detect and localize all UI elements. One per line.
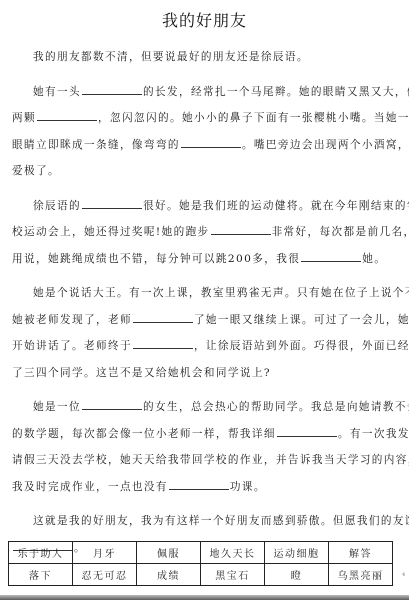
paragraph-gap: [12, 272, 400, 280]
word-bank-cell: 黑宝石: [201, 564, 265, 586]
text-segment: ，让徐辰语站到外面。巧得很，外面已经站: [194, 340, 409, 352]
text-segment: 我的朋友都数不清，但要说最好的朋友还是徐辰语。: [33, 51, 309, 63]
paragraph: 她是一位的女生，总会热心的帮助同学。我总是向她请教不会的数学题，每次都会像一位小…: [12, 394, 400, 500]
worksheet-page: 我的好朋友 我的朋友都数不清，但要说最好的朋友还是徐辰语。她有一头的长发，经常扎…: [0, 0, 409, 595]
text-segment: 她是一位: [33, 401, 81, 413]
word-bank-row: 乐于助人月牙佩服地久天长运动细胞解答: [9, 542, 393, 564]
fill-in-blank[interactable]: [277, 426, 337, 437]
word-bank-cell: 落下: [9, 564, 73, 586]
text-segment: 很好。她是我们班的运动健将。就在今年刚结束的学: [143, 200, 409, 212]
word-bank-cell: 瞪: [265, 564, 329, 586]
text-line: 她是个说话大王。有一次上课，教室里鸦雀无声。只有她在位子上说个不停。: [12, 280, 400, 307]
word-bank-cell: 忍无可忍: [73, 564, 137, 586]
paragraph: 她是个说话大王。有一次上课，教室里鸦雀无声。只有她在位子上说个不停。她被老师发现…: [12, 280, 400, 386]
paragraph: 徐辰语的很好。她是我们班的运动健将。就在今年刚结束的学校运动会上，她还得过奖呢!…: [12, 193, 400, 273]
text-segment: 非常好，每次都是前几名，不: [272, 226, 409, 238]
text-line: 两颗，忽闪忽闪的。她小小的鼻子下面有一张樱桃小嘴。当她一笑，: [12, 105, 400, 132]
text-line: 校运动会上，她还得过奖呢!她的跑步非常好，每次都是前几名，不: [12, 219, 400, 246]
fill-in-blank[interactable]: [301, 251, 361, 262]
text-segment: 校运动会上，她还得过奖呢!她的跑步: [12, 226, 210, 238]
text-line: 我及时完成作业，一点也没有功课。: [12, 474, 400, 501]
word-bank-cell: 地久天长: [201, 542, 265, 564]
word-bank-cell: 成绩: [137, 564, 201, 586]
text-line: 请假三天没去学校，她天天给我带回学校的作业，并告诉我当天学习的内容，让: [12, 447, 400, 474]
text-line: 用说，她跳绳成绩也不错，每分钟可以跳200多，我很她。: [12, 246, 400, 273]
text-segment: 爱极了。: [12, 165, 60, 177]
fill-in-blank[interactable]: [37, 110, 97, 121]
fill-in-blank[interactable]: [181, 137, 241, 148]
text-segment: 两颗: [12, 112, 36, 124]
paragraph-gap: [12, 386, 400, 394]
fill-in-blank[interactable]: [133, 312, 193, 323]
essay-body: 我的朋友都数不清，但要说最好的朋友还是徐辰语。她有一头的长发，经常扎一个马尾辫。…: [12, 44, 400, 561]
text-segment: 她。: [362, 253, 386, 265]
text-line: 眼睛立即眯成一条缝，像弯弯的。嘴巴旁边会出现两个小酒窝，可: [12, 132, 400, 159]
text-segment: 她被老师发现了，老师: [12, 314, 132, 326]
text-line: 开始讲话了。老师终于，让徐辰语站到外面。巧得很，外面已经站: [12, 333, 400, 360]
paragraph: 她有一头的长发，经常扎一个马尾辫。她的眼睛又黑又大，像两颗，忽闪忽闪的。她小小的…: [12, 79, 400, 185]
text-segment: 眼睛立即眯成一条缝，像弯弯的: [12, 139, 180, 151]
text-segment: ，忽闪忽闪的。她小小的鼻子下面有一张樱桃小嘴。当她一笑，: [98, 112, 409, 124]
text-segment: 她有一头: [33, 86, 81, 98]
text-segment: 徐辰语的: [33, 200, 81, 212]
fill-in-blank[interactable]: [169, 479, 229, 490]
fill-in-blank[interactable]: [211, 224, 271, 235]
text-segment: 。有一次我发烧: [338, 428, 409, 440]
text-line: 她被老师发现了，老师了她一眼又继续上课。可过了一会儿，她又: [12, 307, 400, 334]
text-segment: 的女生，总会热心的帮助同学。我总是向她请教不会: [143, 401, 409, 413]
paragraph-gap: [12, 500, 400, 508]
text-line: 了三四个同学。这岂不是又给她机会和同学说上?: [12, 360, 400, 387]
page-title: 我的好朋友: [0, 8, 409, 31]
paragraph: 我的朋友都数不清，但要说最好的朋友还是徐辰语。: [12, 44, 400, 71]
fill-in-blank[interactable]: [82, 84, 142, 95]
word-bank-cell: 月牙: [73, 542, 137, 564]
text-segment: 请假三天没去学校，她天天给我带回学校的作业，并告诉我当天学习的内容，让: [12, 454, 409, 466]
text-line: 我的朋友都数不清，但要说最好的朋友还是徐辰语。: [12, 44, 400, 71]
word-bank-row: 落下忍无可忍成绩黑宝石瞪乌黑亮丽: [9, 564, 393, 586]
text-segment: 开始讲话了。老师终于: [12, 340, 132, 352]
page-number: 4: [402, 572, 405, 578]
text-line: 的数学题，每次都会像一位小老师一样，帮我详细。有一次我发烧: [12, 421, 400, 448]
text-segment: 的数学题，每次都会像一位小老师一样，帮我详细: [12, 428, 276, 440]
fill-in-blank[interactable]: [82, 399, 142, 410]
word-bank-cell: 乐于助人: [9, 542, 73, 564]
text-line: 她有一头的长发，经常扎一个马尾辫。她的眼睛又黑又大，像: [12, 79, 400, 106]
text-segment: 她是个说话大王。有一次上课，教室里鸦雀无声。只有她在位子上说个不停。: [33, 287, 409, 299]
text-line: 这就是我的好朋友，我为有这样一个好朋友而感到骄傲。但愿我们的友谊: [12, 508, 400, 535]
text-segment: 用说，她跳绳成绩也不错，每分钟可以跳200多，我很: [12, 253, 300, 265]
paragraph-gap: [12, 185, 400, 193]
word-bank-table: 乐于助人月牙佩服地久天长运动细胞解答落下忍无可忍成绩黑宝石瞪乌黑亮丽: [8, 541, 393, 586]
text-segment: 了三四个同学。这岂不是又给她机会和同学说上?: [12, 367, 271, 379]
word-bank-cell: 乌黑亮丽: [329, 564, 393, 586]
fill-in-blank[interactable]: [82, 198, 142, 209]
word-bank-cell: 佩服: [137, 542, 201, 564]
text-line: 爱极了。: [12, 158, 400, 185]
text-line: 她是一位的女生，总会热心的帮助同学。我总是向她请教不会: [12, 394, 400, 421]
word-bank-cell: 运动细胞: [265, 542, 329, 564]
text-segment: 了她一眼又继续上课。可过了一会儿，她又: [194, 314, 409, 326]
window-bottom-bar: [0, 595, 409, 600]
text-segment: 我及时完成作业，一点也没有: [12, 481, 168, 493]
text-segment: 的长发，经常扎一个马尾辫。她的眼睛又黑又大，像: [143, 86, 409, 98]
text-segment: 这就是我的好朋友，我为有这样一个好朋友而感到骄傲。但愿我们的友谊: [33, 515, 409, 527]
text-line: 徐辰语的很好。她是我们班的运动健将。就在今年刚结束的学: [12, 193, 400, 220]
paragraph-gap: [12, 71, 400, 79]
text-segment: 功课。: [230, 481, 266, 493]
fill-in-blank[interactable]: [133, 338, 193, 349]
word-bank-cell: 解答: [329, 542, 393, 564]
text-segment: 。嘴巴旁边会出现两个小酒窝，可: [242, 139, 409, 151]
